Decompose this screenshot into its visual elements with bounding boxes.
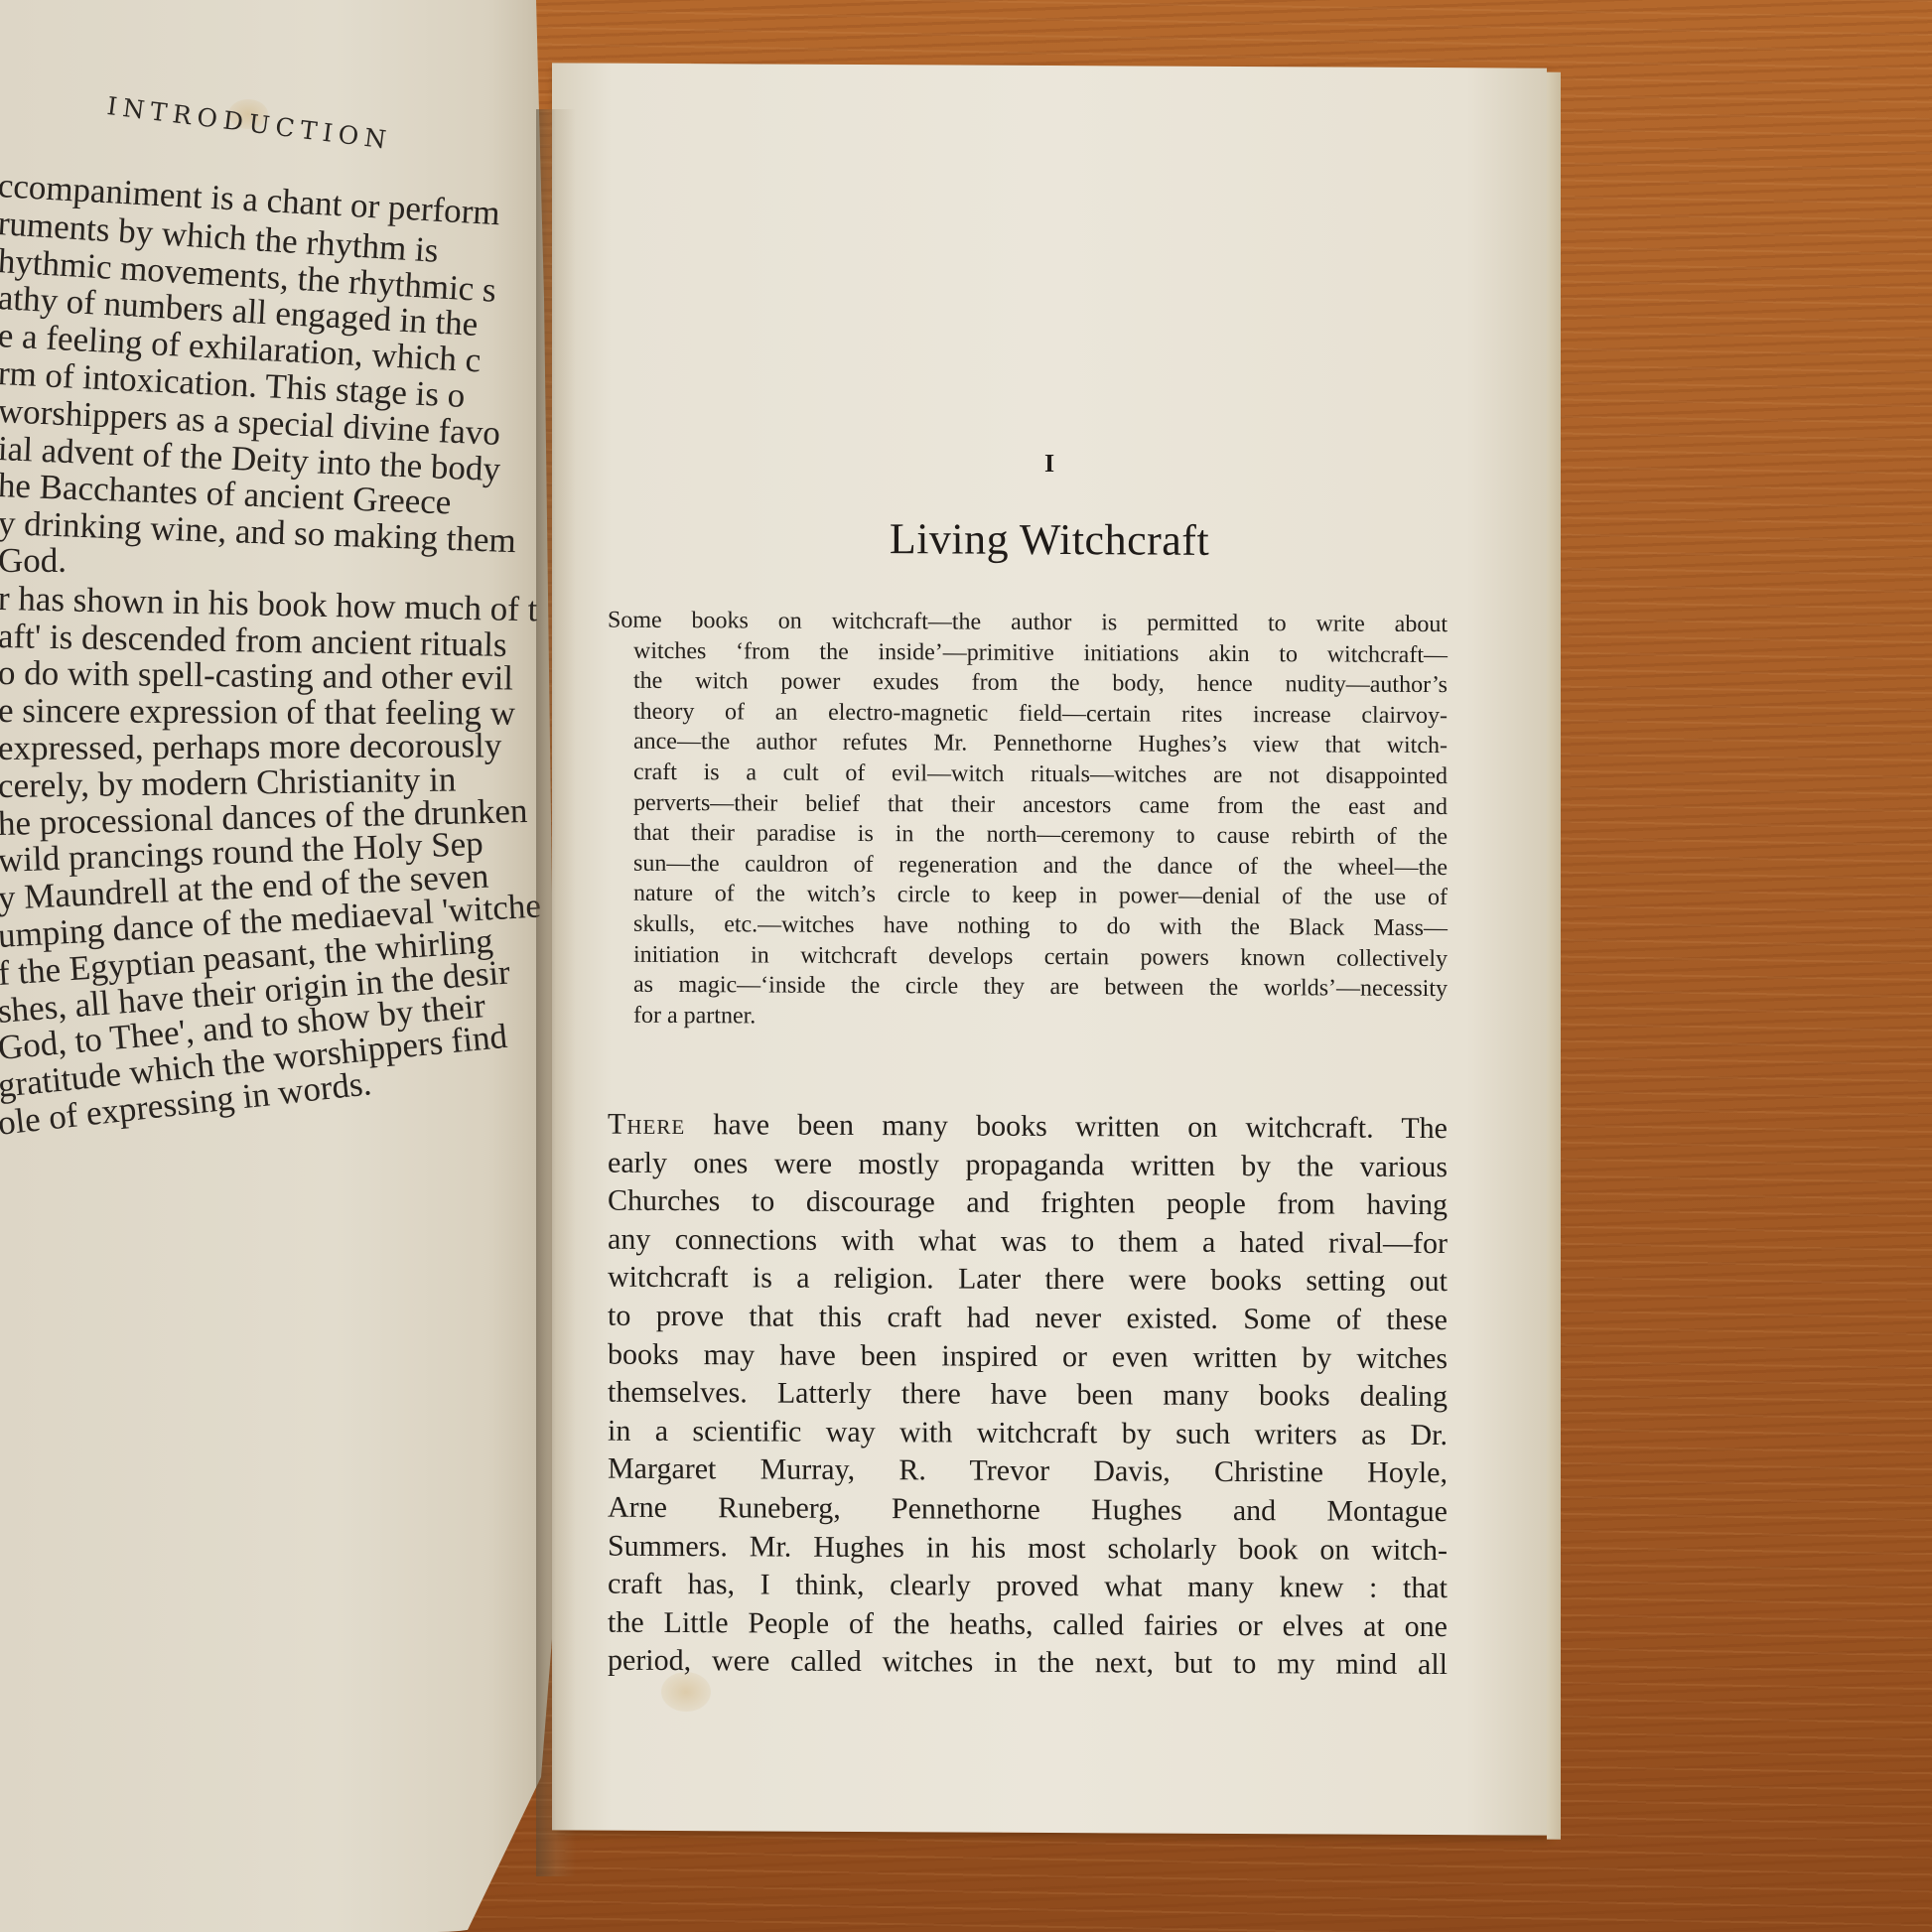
summary-line: theory of an electro-magnetic field—cert… — [608, 696, 1448, 731]
body-line: witchcraft is a religion. Later there we… — [608, 1259, 1448, 1302]
body-line-rest: have been many books written on witchcra… — [685, 1108, 1448, 1145]
summary-line: initiation in witchcraft develops certai… — [608, 939, 1448, 974]
chapter-number: I — [552, 446, 1547, 481]
summary-line: ance—the author refutes Mr. Pennethorne … — [608, 727, 1448, 761]
left-page-text: ccompaniment is a chant or perform rumen… — [0, 167, 556, 1143]
summary-line: as magic—‘inside the circle they are bet… — [608, 970, 1448, 1005]
body-line: early ones were mostly propaganda writte… — [608, 1144, 1448, 1186]
summary-line: for a partner. — [608, 1000, 1448, 1035]
chapter-summary: Some books on witchcraft—the author is p… — [608, 606, 1448, 1035]
page-edge — [1547, 72, 1561, 1840]
body-line: period, were called witches in the next,… — [608, 1642, 1448, 1685]
summary-line: that their paradise is in the north—cere… — [608, 818, 1448, 853]
summary-line: Some books on witchcraft—the author is p… — [608, 606, 1448, 640]
drop-word: There — [608, 1108, 685, 1141]
chapter-title: Living Witchcraft — [552, 511, 1547, 567]
summary-line: craft is a cult of evil—witch rituals—wi… — [608, 758, 1448, 792]
left-page: INTRODUCTION ccompaniment is a chant or … — [0, 0, 556, 1932]
body-line: themselves. Latterly there have been man… — [608, 1374, 1448, 1417]
summary-line: witches ‘from the inside’—primitive init… — [608, 635, 1448, 670]
right-page: I Living Witchcraft Some books on witchc… — [552, 63, 1547, 1835]
body-line: any connections with what was to them a … — [608, 1220, 1448, 1263]
body-line: the Little People of the heaths, called … — [608, 1603, 1448, 1646]
body-line: Arne Runeberg, Pennethorne Hughes and Mo… — [608, 1489, 1448, 1532]
summary-line: the witch power exudes from the body, he… — [608, 666, 1448, 701]
summary-line: skulls, etc.—witches have nothing to do … — [608, 909, 1448, 944]
body-line: Summers. Mr. Hughes in his most scholarl… — [608, 1527, 1448, 1570]
chapter-body: There have been many books written on wi… — [608, 1106, 1448, 1685]
summary-line: perverts—their belief that their ancesto… — [608, 787, 1448, 822]
body-line: craft has, I think, clearly proved what … — [608, 1566, 1448, 1608]
body-line: Margaret Murray, R. Trevor Davis, Christ… — [608, 1450, 1448, 1493]
body-line: to prove that this craft had never exist… — [608, 1298, 1448, 1340]
summary-line: sun—the cauldron of regeneration and the… — [608, 848, 1448, 883]
body-line: books may have been inspired or even wri… — [608, 1335, 1448, 1378]
body-line: There have been many books written on wi… — [608, 1106, 1448, 1149]
body-line: Churches to discourage and frighten peop… — [608, 1182, 1448, 1225]
book-gutter-shadow — [536, 109, 576, 1876]
body-line: in a scientific way with witchcraft by s… — [608, 1412, 1448, 1454]
summary-line: nature of the witch’s circle to keep in … — [608, 879, 1448, 913]
photo-scene: INTRODUCTION ccompaniment is a chant or … — [0, 0, 1932, 1932]
